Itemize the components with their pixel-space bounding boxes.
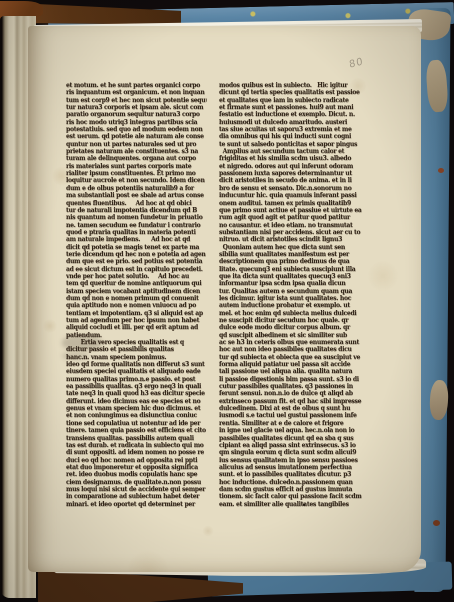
book-scan-photo: 80 et motum. et he sunt partes organici …: [0, 0, 454, 602]
text-column-left: et motum. et he sunt partes organici cor…: [66, 82, 207, 514]
rust-spot: [433, 520, 440, 526]
printer-dot-mark: •: [299, 501, 309, 511]
text-column-right: modos quibus est in subiecto. Hic igitur…: [219, 82, 362, 510]
rust-spot: [438, 168, 444, 173]
